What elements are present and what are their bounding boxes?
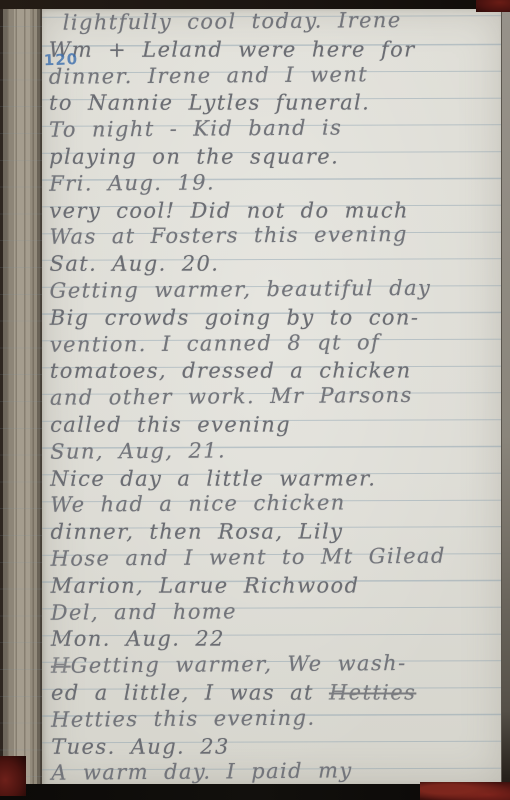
handwritten-line: playing on the square. [49, 144, 501, 171]
handwritten-line: Marion, Larue Richwood [51, 573, 503, 600]
handwritten-line: Was at Fosters this evening [49, 222, 501, 252]
handwritten-line: Wm + Leland were here for [49, 37, 501, 64]
handwritten-line: Hose and I went to Mt Gilead [50, 543, 502, 573]
handwritten-line: Hetties this evening. [51, 704, 503, 734]
page-number-stamp: 120 [43, 50, 78, 69]
handwritten-line: Sun, Aug, 21. [50, 436, 502, 466]
handwritten-line: Big crowds going by to con- [50, 305, 502, 332]
diary-page: 120 lightfully cool today. IreneWm + Lel… [39, 6, 506, 788]
handwriting: lightfully cool today. IreneWm + Leland … [49, 9, 504, 788]
handwritten-line: dinner. Irene and I went [49, 61, 501, 91]
text-fragment: Getting warmer, We wash- [71, 651, 407, 678]
book-top-edge [0, 0, 510, 9]
handwritten-line: dinner, then Rosa, Lily [50, 520, 502, 547]
cover-corner-bottom-left [0, 756, 26, 796]
handwritten-line: To night - Kid band is [49, 114, 501, 144]
text-fragment: ed a little, I was at [51, 680, 329, 704]
book-page-edges [0, 0, 42, 792]
handwritten-line: ed a little, I was at Hetties [51, 680, 503, 707]
handwritten-line: Sat. Aug. 20. [50, 252, 502, 279]
handwritten-line: vention. I canned 8 qt of [50, 329, 502, 359]
handwritten-line: HGetting warmer, We wash- [51, 650, 503, 680]
handwritten-line: and other work. Mr Parsons [50, 382, 502, 412]
handwritten-line: lightfully cool today. Irene [49, 7, 501, 37]
handwritten-line: Getting warmer, beautiful day [50, 275, 502, 305]
cover-corner-bottom-right [420, 782, 510, 800]
struck-text: H [51, 654, 71, 678]
handwritten-line: Fri. Aug. 19. [49, 168, 501, 198]
handwritten-line: called this evening [50, 412, 502, 439]
page-right-edge [501, 6, 510, 788]
cover-corner-top-right [476, 0, 510, 12]
struck-text: Hetties [329, 680, 416, 704]
handwritten-line: Del, and home [51, 597, 503, 627]
diary-photo: 120 lightfully cool today. IreneWm + Lel… [0, 0, 510, 800]
handwritten-line: We had a nice chicken [50, 490, 502, 520]
